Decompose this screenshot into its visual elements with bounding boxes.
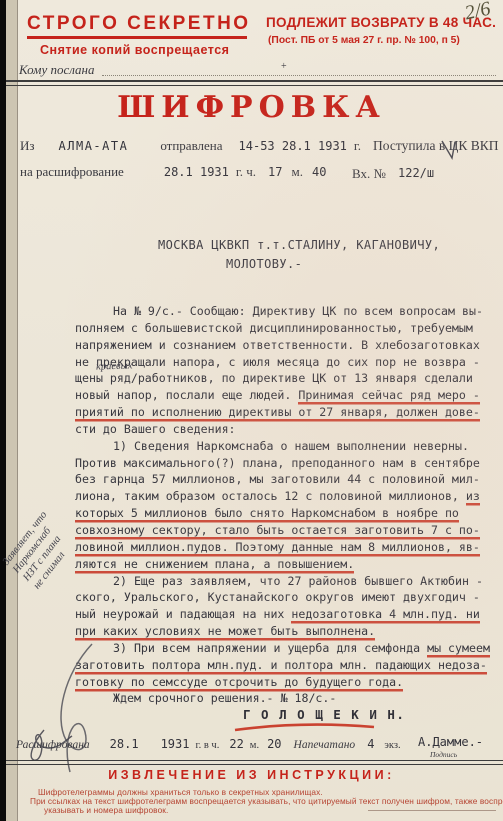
address-line-2: МОЛОТОВУ.- xyxy=(226,257,302,271)
body-line: Ждем срочного решения.- № 18/с.- xyxy=(75,691,487,708)
body-line: щены ряд/работников, по директиве ЦК от … xyxy=(75,371,487,388)
body-line: не прекращали напора, с июля месяца до с… xyxy=(75,355,487,372)
underlined-text: совхозному сектору, стало быть остается … xyxy=(75,523,480,537)
footer-min-label: м. xyxy=(250,740,259,751)
entry-label: Вх. № xyxy=(352,166,386,182)
body-line: ный неурожай и падающая на них недозагот… xyxy=(75,607,487,624)
secret-stamp-line2: Снятие копий воспрещается xyxy=(40,43,229,57)
divider-bottom xyxy=(6,760,503,765)
address-line-1: МОСКВА ЦКВКП т.т.СТАЛИНУ, КАГАНОВИЧУ, xyxy=(158,238,440,252)
text: 1) Сведения Наркомснаба о нашем выполнен… xyxy=(113,439,469,453)
body-line: совхозному сектору, стало быть остается … xyxy=(75,523,487,540)
text: Ждем срочного решения.- № 18/с.- xyxy=(113,691,336,705)
decipher-min-label: м. xyxy=(291,164,302,179)
footer-minute: 20 xyxy=(267,737,281,751)
secret-stamp-underline xyxy=(27,36,247,39)
body-line: ляются не снижением плана, а повышением. xyxy=(75,557,487,574)
body-line: Против максимального(?) плана, преподанн… xyxy=(75,456,487,473)
instruction-line-3: указывать и номера шифровок. xyxy=(44,805,168,815)
to-whom-label: Кому послана xyxy=(19,62,95,78)
text: Против максимального(?) плана, преподанн… xyxy=(75,456,480,470)
text: На № 9/с.- Сообщаю: Директиву ЦК по всем… xyxy=(113,304,483,318)
body-line: ского, Уральского, Кустанайского округов… xyxy=(75,590,487,607)
body-line: готовку по семссуде отсрочить до будущег… xyxy=(75,675,487,692)
underlined-text: при каких условиях не может быть выполне… xyxy=(75,624,375,638)
text: новый напор, послали еще людей. xyxy=(75,388,298,402)
decipher-label: на расшифрование xyxy=(20,164,124,179)
underlined-text: ляются не снижением плана, а повышением. xyxy=(75,557,354,571)
ink-plus-mark: + xyxy=(281,61,287,72)
text: сти до Вашего сведения: xyxy=(75,422,236,436)
body-line: 1) Сведения Наркомснаба о нашем выполнен… xyxy=(75,439,487,456)
text: напряжением и сознанием ответственности.… xyxy=(75,338,480,352)
decipher-value: 28.1 1931 xyxy=(164,165,229,179)
from-label: Из xyxy=(20,138,35,153)
sent-value: 14-53 28.1 1931 xyxy=(239,139,347,153)
underlined-text: готовку по семссуде отсрочить до будущег… xyxy=(75,675,403,689)
underlined-text: недозаготовка 4 млн.пуд. ни xyxy=(291,607,479,621)
document-scan: СТРОГО СЕКРЕТНО Снятие копий воспрещаетс… xyxy=(0,0,503,821)
instruction-title: ИЗВЛЕЧЕНИЕ ИЗ ИНСТРУКЦИИ: xyxy=(0,768,503,782)
operator-name: А.Дамме.- xyxy=(418,735,483,749)
text: лиона, таким образом осталось 12 с полов… xyxy=(75,489,466,503)
body-line: 3) При всем напряжении и ущерба для семф… xyxy=(75,641,487,658)
text: 2) Еще раз заявляем, что 27 районов бывш… xyxy=(113,574,483,588)
body-line: полняем с большевистской дисциплинирован… xyxy=(75,321,487,338)
entry-number: 122/ш xyxy=(398,166,434,180)
check-mark-icon xyxy=(438,138,466,166)
footer-hour: 22 xyxy=(229,737,243,751)
body-line: при каких условиях не может быть выполне… xyxy=(75,624,487,641)
text: щены ряд/работников, по директиве ЦК от … xyxy=(75,371,473,385)
year-label: г. xyxy=(354,138,361,153)
text: не прекращали напора, с июля месяца до с… xyxy=(75,355,480,369)
decipher-line: на расшифрование 28.1 1931 г. ч. 17 м. 4… xyxy=(20,163,326,181)
received-text: Поступила в ЦК ВКП xyxy=(373,138,499,153)
body-line: сти до Вашего сведения: xyxy=(75,422,487,439)
body-line: ловиной миллион.пудов. Поэтому данные на… xyxy=(75,540,487,557)
underlined-text: мы сумеем xyxy=(427,641,490,655)
sent-label: отправлена xyxy=(160,138,222,153)
underlined-text: из xyxy=(466,489,480,503)
body-line: 2) Еще раз заявляем, что 27 районов бывш… xyxy=(75,574,487,591)
body-line: напряжением и сознанием ответственности.… xyxy=(75,338,487,355)
text: ского, Уральского, Кустанайского округов… xyxy=(75,590,480,604)
underlined-text: Принимая сейчас ряд меро - xyxy=(298,388,479,402)
underlined-text: приятий по исполнению директивы от 27 ян… xyxy=(75,405,480,419)
printed-label: Напечатано xyxy=(294,739,356,751)
text: ный неурожай и падающая на них xyxy=(75,607,291,621)
secret-stamp-line1: СТРОГО СЕКРЕТНО xyxy=(27,13,251,35)
decipher-year-label: г. ч. xyxy=(236,164,256,179)
body-line: которых 5 миллионов было снято Наркомсна… xyxy=(75,506,487,523)
signature-name: Г О Л О Щ Е К И Н. xyxy=(243,707,405,722)
text: полняем с большевистской дисциплинирован… xyxy=(75,321,473,335)
decipher-minute: 40 xyxy=(312,165,326,179)
divider-top xyxy=(6,80,503,86)
decipher-hour: 17 xyxy=(268,165,282,179)
return-stamp-line2: (Пост. ПБ от 5 мая 27 г. пр. № 100, п 5) xyxy=(268,35,460,46)
operator-signature-label: Подпись xyxy=(430,750,457,759)
body-lines: На № 9/с.- Сообщаю: Директиву ЦК по всем… xyxy=(75,304,487,708)
copies-label: экз. xyxy=(384,740,400,751)
underlined-text: заготовить полтора млн.пуд. и полтора мл… xyxy=(75,658,487,672)
deciphered-date: 28.1 xyxy=(110,737,139,751)
document-title: ШИФРОВКА xyxy=(0,90,503,125)
to-whom-blank-line xyxy=(102,62,496,76)
copies-count: 4 xyxy=(367,737,374,751)
text: 3) При всем напряжении и ущерба для семф… xyxy=(113,641,427,655)
return-stamp-line1: ПОДЛЕЖИТ ВОЗВРАТУ В 48 ЧАС. xyxy=(266,15,496,30)
body-line: приятий по исполнению директивы от 27 ян… xyxy=(75,405,487,422)
underlined-text: ловиной миллион.пудов. Поэтому данные на… xyxy=(75,540,480,554)
body-line: На № 9/с.- Сообщаю: Директиву ЦК по всем… xyxy=(75,304,487,321)
footer-short-rule xyxy=(368,810,496,811)
body-line: новый напор, послали еще людей. Принимая… xyxy=(75,388,487,405)
body-line: без гарнца 57 миллионов, мы заготовили 4… xyxy=(75,472,487,489)
deciphered-year: 1931 xyxy=(161,737,190,751)
underlined-text: которых 5 миллионов было снято Наркомсна… xyxy=(75,506,459,520)
body-line: заготовить полтора млн.пуд. и полтора мл… xyxy=(75,658,487,675)
ink-signature-scribble xyxy=(14,724,80,764)
signature-red-underline xyxy=(232,721,378,733)
from-value: АЛМА-АТА xyxy=(59,139,129,153)
footer-year-label: г. в ч. xyxy=(195,740,219,751)
text: без гарнца 57 миллионов, мы заготовили 4… xyxy=(75,472,480,486)
sent-line: Из АЛМА-АТА отправлена 14-53 28.1 1931 г… xyxy=(20,137,499,155)
body-line: лиона, таким образом осталось 12 с полов… xyxy=(75,489,487,506)
handwritten-inserted-word: краевых xyxy=(96,360,133,372)
